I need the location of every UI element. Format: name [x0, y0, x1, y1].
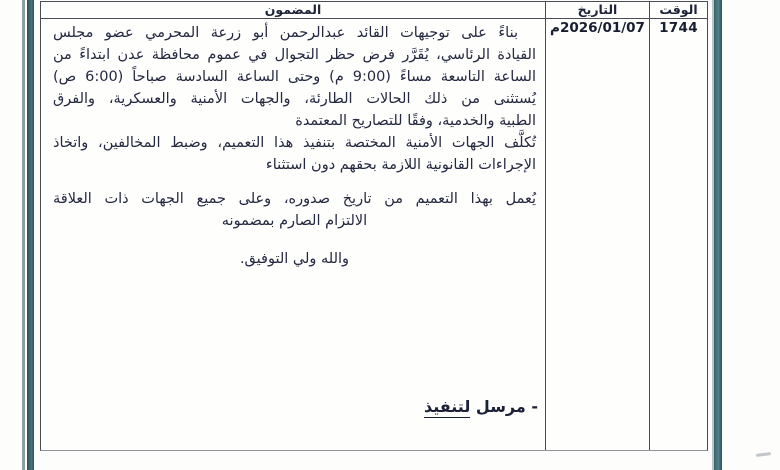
paragraph-gap [53, 176, 536, 188]
scan-edge-left-inner [27, 0, 34, 470]
content-line: بناءً على توجيهات القائد عبدالرحمن أبو ز… [53, 22, 536, 44]
scan-edge-right [714, 0, 722, 470]
content-line: الالتزام الصارم بمضمونه [53, 210, 536, 232]
content-line: الإجراءات القانونية اللازمة بحقهم دون اس… [53, 154, 536, 176]
time-value: 1744 [649, 19, 707, 450]
paragraph-gap [53, 232, 536, 248]
column-header-content: المضمون [41, 2, 545, 19]
date-value: 2026/01/07م [545, 19, 649, 450]
dispatch-note-prefix: - مرسل [476, 397, 538, 416]
content-line: الطبية والخدمية، وفقًا للتصاريح المعتمدة [53, 110, 536, 132]
column-header-date: التاريخ [545, 2, 649, 19]
content-line: تُكلَّف الجهات الأمنية المختصة بتنفيذ هذ… [53, 132, 536, 154]
content-line: القيادة الرئاسي، يُقَرَّر فرض حظر التجوا… [53, 44, 536, 66]
closing-line: والله ولي التوفيق. [53, 248, 536, 270]
scan-edge-left-outer [22, 0, 25, 470]
scan-smudge [756, 452, 771, 457]
dispatch-note-word: لتنفيذ [424, 397, 470, 418]
circular-document-table: الوقت التاريخ المضمون 1744 2026/01/07م ب… [40, 1, 708, 451]
content-cell: بناءً على توجيهات القائد عبدالرحمن أبو ز… [41, 19, 545, 450]
dispatch-note: - مرسل لتنفيذ [424, 396, 538, 418]
content-line: يُستثنى من ذلك الحالات الطارئة، والجهات … [53, 88, 536, 110]
content-line: يُعمل بهذا التعميم من تاريخ صدوره، وعلى … [53, 188, 536, 210]
column-header-time: الوقت [649, 2, 707, 19]
content-line: الساعة التاسعة مساءً (9:00 م) وحتى الساع… [53, 66, 536, 88]
